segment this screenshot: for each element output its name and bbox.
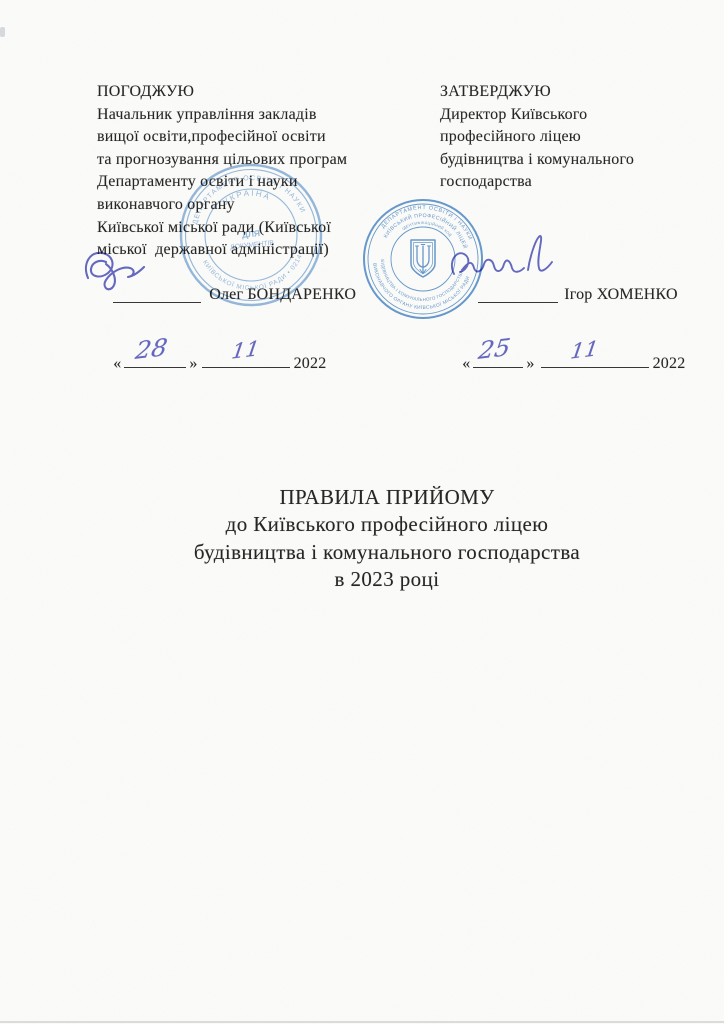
approve-line: господарства [440, 171, 690, 194]
document-title: ПРАВИЛА ПРИЙОМУ до Київського професійно… [50, 484, 724, 594]
approve-line: Директор Київського [440, 104, 690, 127]
month-blank-line: 11 [541, 352, 649, 368]
scanned-page: ПОГОДЖУЮ Начальник управління закладів в… [0, 0, 724, 1024]
agree-line: та прогнозування цільових програм [97, 149, 407, 172]
agree-signature-row: Олег БОНДАРЕНКО [88, 262, 407, 330]
approve-signature-row: Ігор ХОМЕНКО [453, 262, 690, 330]
trident-coat-of-arms-icon [411, 240, 435, 277]
agree-line: Начальник управління закладів [97, 104, 407, 127]
approve-block: ЗАТВЕРДЖУЮ Директор Київського професійн… [440, 81, 690, 398]
scan-edge [0, 1021, 724, 1023]
agree-block: ПОГОДЖУЮ Начальник управління закладів в… [97, 81, 407, 398]
handwritten-month: 11 [230, 339, 261, 363]
quote-mark: » [526, 355, 534, 372]
day-blank-line: 25 [473, 352, 523, 368]
agree-heading: ПОГОДЖУЮ [97, 81, 407, 104]
agree-line: вищої освіти,професійної освіти [97, 126, 407, 149]
agree-date-row: «28»112022 [88, 330, 407, 399]
agree-line: Київської міської ради (Київської [97, 217, 407, 240]
quote-mark: » [189, 355, 197, 372]
approve-date-row: «25»112022 [437, 330, 690, 399]
agree-line: виконавчого органу [97, 194, 407, 217]
signature-blank-line [478, 287, 558, 303]
agree-signer-name: Олег БОНДАРЕНКО [209, 286, 356, 303]
month-blank-line: 11 [202, 352, 290, 368]
quote-mark: « [462, 355, 470, 372]
approve-line: професійного ліцею [440, 126, 690, 149]
scan-speck [0, 27, 5, 37]
agree-line: міської державної адміністрації) [97, 239, 407, 262]
signature-blank-line [113, 287, 201, 303]
approve-line: будівництва і комунального [440, 149, 690, 172]
handwritten-day: 28 [134, 335, 169, 363]
handwritten-month: 11 [569, 339, 600, 363]
title-line: будівництва і комунального господарства [50, 539, 724, 566]
title-line: в 2023 році [50, 566, 724, 593]
title-line: до Київського професійного ліцею [50, 511, 724, 538]
year-text: 2022 [653, 355, 686, 372]
approve-heading: ЗАТВЕРДЖУЮ [440, 81, 690, 104]
approve-signer-name: Ігор ХОМЕНКО [564, 286, 678, 303]
handwritten-day: 25 [477, 335, 512, 363]
day-blank-line: 28 [124, 352, 186, 368]
year-text: 2022 [294, 355, 327, 372]
agree-line: Департаменту освіти і науки [97, 171, 407, 194]
quote-mark: « [113, 355, 121, 372]
title-line: ПРАВИЛА ПРИЙОМУ [50, 484, 724, 511]
